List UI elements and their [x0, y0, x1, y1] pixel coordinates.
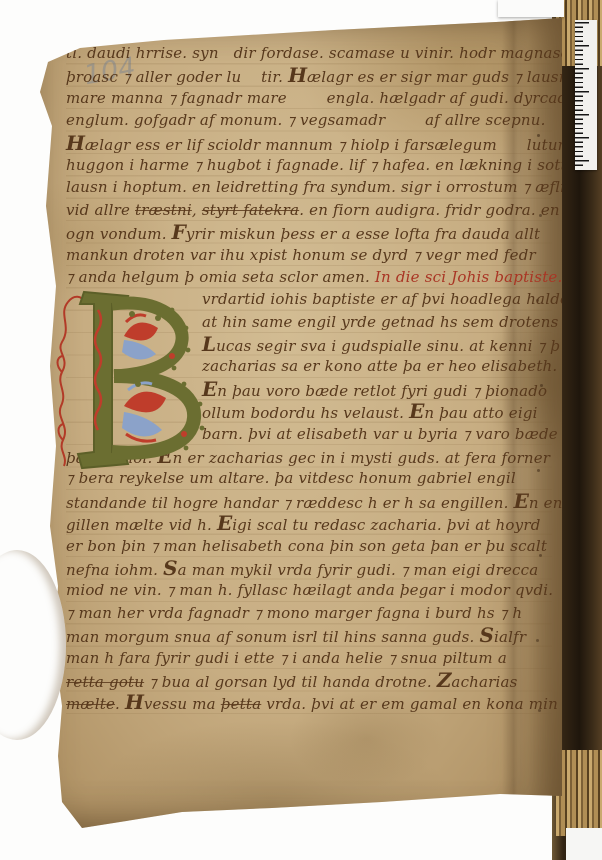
- manuscript-line: standande til hogre handar ⁊ ræddesc h e…: [66, 490, 552, 512]
- manuscript-line: man h fara fyrir gudi i ette ⁊ i anda he…: [66, 647, 552, 669]
- manuscript-line: englum. gofgadr af monum. ⁊ vegsamadr af…: [66, 109, 552, 131]
- manuscript-line: mankun droten var ihu xpist honum se dyr…: [66, 244, 552, 266]
- manuscript-line: nefna iohm. Sa man mykil vrda fyrir gudi…: [66, 557, 552, 579]
- manuscript-line: er bon þin ⁊ man helisabeth cona þin son…: [66, 535, 552, 557]
- manuscript-line: mælte. Hvessu ma þetta vrda. þvi at er e…: [66, 691, 552, 713]
- manuscript-line: vrdartid iohis baptiste er af þvi hoadle…: [202, 288, 552, 310]
- manuscript-line: retta gotu ⁊ bua al gorsan lyd til handa…: [66, 669, 552, 691]
- manuscript-line: lausn i hoptum. en leidretting fra syndu…: [66, 176, 552, 198]
- manuscript-line: barn. þvi at elisabeth var u byria ⁊ var…: [202, 423, 552, 445]
- manuscript-line: En þau voro bæde retlot fyri gudi ⁊ þion…: [202, 378, 552, 400]
- parchment-notch: [0, 550, 66, 740]
- manuscript-line: man morgum snua af sonum isrl til hins s…: [66, 624, 552, 646]
- manuscript-line: at hin same engil yrde getnad hs sem dro…: [202, 311, 552, 333]
- manuscript-photograph: 104 ti. daudi hrrise. syn dir fordase. s…: [0, 0, 602, 860]
- page-fore-edges-bottom: [556, 750, 602, 836]
- manuscript-line: gillen mælte vid h. Eigi scal tu redasc …: [66, 512, 552, 534]
- manuscript-line: ogn vondum. Fyrir miskun þess er a esse …: [66, 221, 552, 243]
- manuscript-line: ollum bodordu hs velaust. En þau atto ei…: [202, 400, 552, 422]
- manuscript-line: vid allre træstni, styrt fatekra. en fio…: [66, 199, 552, 221]
- book-cradle-support: [566, 828, 602, 860]
- ruler: [575, 20, 597, 170]
- reference-card: [498, 0, 564, 17]
- manuscript-line: Hælagr ess er lif scioldr mannum ⁊ hiolp…: [66, 132, 552, 154]
- parchment-page: 104 ti. daudi hrrise. syn dir fordase. s…: [34, 14, 562, 828]
- manuscript-line: zacharias sa er kono atte þa er heo elis…: [202, 355, 552, 377]
- manuscript-line: ti. daudi hrrise. syn dir fordase. scama…: [66, 42, 552, 64]
- illuminated-initial-B: [54, 284, 214, 476]
- marginal-flourish-red: [58, 297, 85, 466]
- manuscript-line: mare manna ⁊ fagnadr mare engla. hælgadr…: [66, 87, 552, 109]
- ruler-ticks-major: [575, 22, 589, 168]
- manuscript-line: þroasc ⁊ aller goder lu tir. Hælagr es e…: [66, 64, 552, 86]
- manuscript-line: ⁊ man her vrda fagnadr ⁊ mono marger fag…: [66, 602, 552, 624]
- manuscript-line: miod ne vin. ⁊ man h. fyllasc hæilagt an…: [66, 579, 552, 601]
- manuscript-line: Lucas segir sva i gudspialle sinu. at ke…: [202, 333, 552, 355]
- manuscript-line: huggon i harme ⁊ hugbot i fagnade. lif ⁊…: [66, 154, 552, 176]
